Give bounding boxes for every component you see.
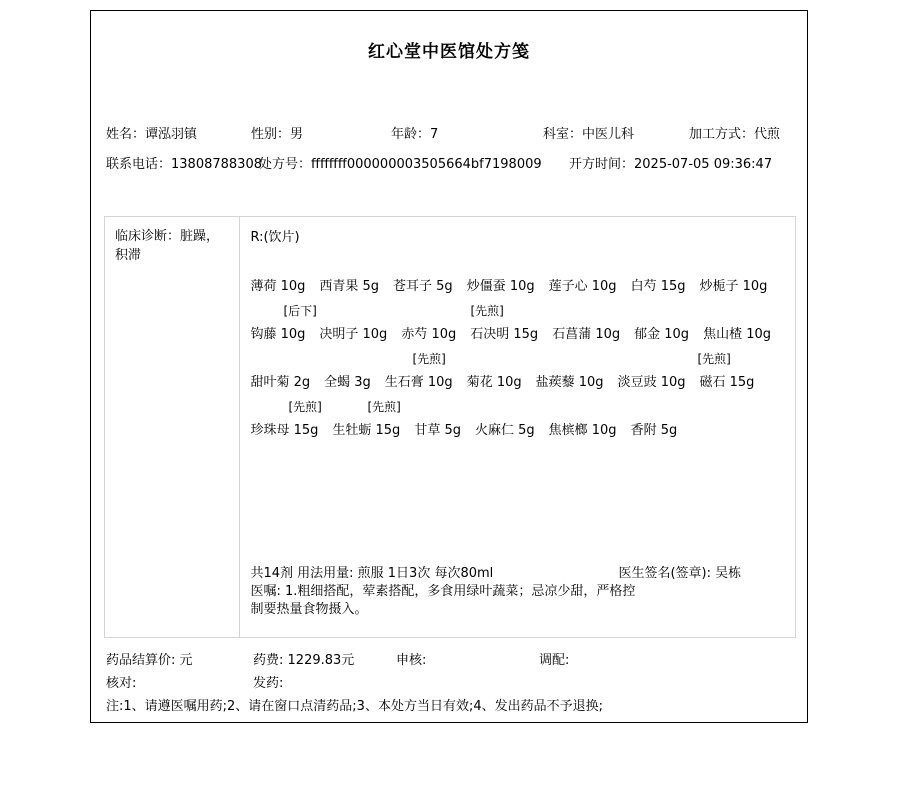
med-item: 珍珠母 15g	[250, 423, 318, 438]
review-field: 申核:	[396, 649, 426, 668]
med-item: 菊花 10g	[467, 375, 522, 390]
processing-method-field: 加工方式：代煎	[689, 123, 780, 142]
patient-name-value: 谭泓羽镇	[145, 127, 197, 142]
med-item: 甜叶菊 2g	[250, 375, 310, 390]
rx-number-label: 处方号：	[259, 157, 311, 172]
rx-header: R:(饮片)	[250, 229, 785, 247]
decoction-note: [先煎]	[288, 398, 321, 415]
age-label: 年龄：	[391, 127, 430, 142]
patient-name-field: 姓名：谭泓羽镇	[106, 123, 197, 142]
med-item: 生石膏 10g	[385, 375, 453, 390]
page-title: 红心堂中医馆处方笺	[91, 37, 807, 62]
settlement-price-value: 元	[180, 653, 193, 668]
department-value: 中医儿科	[582, 127, 634, 142]
med-item: 白芍 15g	[631, 279, 686, 294]
doctor-signature: 医生签名(签章): 吴栋	[618, 565, 741, 583]
decoction-note: [后下]	[283, 302, 316, 319]
rx-bottom-section: 共14剂 用法用量: 煎服 1日3次 每次80ml 医生签名(签章): 吴栋 医…	[250, 565, 795, 619]
age-field: 年龄：7	[391, 123, 438, 142]
phone-label: 联系电话：	[106, 157, 171, 172]
med-item: 钩藤 10g	[250, 327, 305, 342]
gender-value: 男	[290, 127, 303, 142]
med-item: 焦槟榔 10g	[549, 423, 617, 438]
medical-advice: 医嘱: 1.粗细搭配，荤素搭配，多食用绿叶蔬菜；忌凉少甜，严格控制要热量食物摄入…	[250, 583, 638, 619]
med-note-line: [先煎][先煎]	[250, 347, 785, 371]
med-item: 甘草 5g	[414, 423, 461, 438]
med-item: 石决明 15g	[470, 327, 538, 342]
processing-method-label: 加工方式：	[689, 127, 754, 142]
med-item: 西青果 5g	[319, 279, 379, 294]
phone-value: 13808788308	[171, 157, 262, 172]
age-value: 7	[430, 127, 438, 142]
med-item: 生牡蛎 15g	[332, 423, 400, 438]
issue-drug-field: 发药:	[253, 672, 283, 691]
med-item: 苍耳子 5g	[393, 279, 453, 294]
footer-note: 注:1、请遵医嘱用药;2、请在窗口点清药品;3、本处方当日有效;4、发出药品不予…	[106, 695, 603, 714]
med-item: 炒栀子 10g	[700, 279, 768, 294]
med-line: 珍珠母 15g生牡蛎 15g甘草 5g火麻仁 5g焦槟榔 10g香附 5g	[250, 419, 785, 443]
med-note-line: [后下][先煎]	[250, 299, 785, 323]
check-field: 核对:	[106, 672, 136, 691]
gender-label: 性别：	[251, 127, 290, 142]
prescription-box: 临床诊断：脏躁，积滞 R:(饮片) 薄荷 10g西青果 5g苍耳子 5g炒僵蚕 …	[104, 216, 796, 638]
med-line: 甜叶菊 2g全蝎 3g生石膏 10g菊花 10g盐蒺藜 10g淡豆豉 10g磁石…	[250, 371, 785, 395]
med-item: 全蝎 3g	[324, 375, 371, 390]
processing-method-value: 代煎	[754, 127, 780, 142]
med-note-line: [先煎][先煎]	[250, 395, 785, 419]
med-item: 莲子心 10g	[549, 279, 617, 294]
med-item: 淡豆豉 10g	[618, 375, 686, 390]
usage-label: 用法用量:	[297, 566, 353, 581]
med-item: 薄荷 10g	[250, 279, 305, 294]
rx-number-field: 处方号：ffffffff000000003505664bf7198009	[259, 153, 542, 172]
gender-field: 性别：男	[251, 123, 303, 142]
decoction-note: [先煎]	[697, 350, 730, 367]
fee-field: 药费: 1229.83元	[253, 649, 354, 668]
department-field: 科室：中医儿科	[543, 123, 634, 142]
decoction-note: [先煎]	[470, 302, 503, 319]
doctor-signature-label: 医生签名(签章):	[618, 566, 715, 581]
usage-value: 煎服 1日3次 每次80ml	[358, 566, 494, 581]
diagnosis-cell: 临床诊断：脏躁，积滞	[105, 217, 240, 637]
settlement-price-field: 药品结算价: 元	[106, 649, 193, 668]
phone-field: 联系电话：13808788308	[106, 153, 262, 172]
patient-name-label: 姓名：	[106, 127, 145, 142]
med-line: 薄荷 10g西青果 5g苍耳子 5g炒僵蚕 10g莲子心 10g白芍 15g炒栀…	[250, 275, 785, 299]
issue-time-field: 开方时间：2025-07-05 09:36:47	[569, 153, 772, 172]
diagnosis-label: 临床诊断：	[115, 229, 180, 244]
rx-lines: 薄荷 10g西青果 5g苍耳子 5g炒僵蚕 10g莲子心 10g白芍 15g炒栀…	[250, 275, 785, 443]
settlement-price-label: 药品结算价:	[106, 653, 175, 668]
dispense-field: 调配:	[539, 649, 569, 668]
decoction-note: [先煎]	[367, 398, 400, 415]
department-label: 科室：	[543, 127, 582, 142]
total-doses: 共14剂	[250, 566, 293, 581]
med-item: 炒僵蚕 10g	[467, 279, 535, 294]
decoction-note: [先煎]	[412, 350, 445, 367]
med-item: 决明子 10g	[319, 327, 387, 342]
rx-cell: R:(饮片) 薄荷 10g西青果 5g苍耳子 5g炒僵蚕 10g莲子心 10g白…	[240, 217, 795, 637]
med-item: 磁石 15g	[700, 375, 755, 390]
med-item: 石菖蒲 10g	[552, 327, 620, 342]
med-item: 香附 5g	[631, 423, 678, 438]
doctor-name: 吴栋	[715, 566, 741, 581]
med-item: 火麻仁 5g	[475, 423, 535, 438]
med-item: 赤芍 10g	[401, 327, 456, 342]
issue-time-label: 开方时间：	[569, 157, 634, 172]
rx-number-value: ffffffff000000003505664bf7198009	[311, 157, 542, 172]
usage-summary-line: 共14剂 用法用量: 煎服 1日3次 每次80ml 医生签名(签章): 吴栋	[250, 565, 795, 583]
prescription-sheet: 红心堂中医馆处方笺 姓名：谭泓羽镇 性别：男 年龄：7 科室：中医儿科 加工方式…	[90, 10, 808, 723]
med-item: 焦山楂 10g	[703, 327, 771, 342]
fee-label: 药费:	[253, 653, 283, 668]
med-line: 钩藤 10g决明子 10g赤芍 10g石决明 15g石菖蒲 10g郁金 10g焦…	[250, 323, 785, 347]
med-item: 郁金 10g	[634, 327, 689, 342]
issue-time-value: 2025-07-05 09:36:47	[634, 157, 772, 172]
fee-value: 1229.83元	[288, 653, 355, 668]
med-item: 盐蒺藜 10g	[536, 375, 604, 390]
